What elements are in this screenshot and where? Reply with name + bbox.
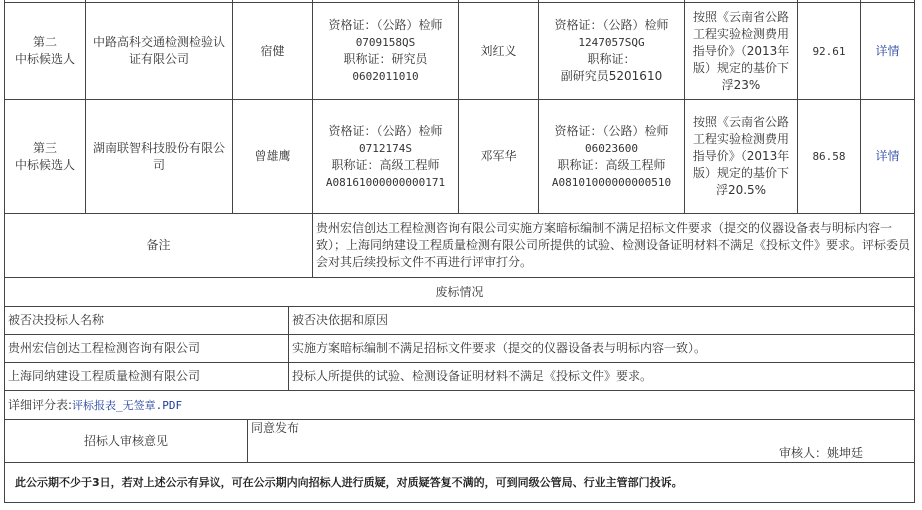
disqualified-table: 被否决投标人名称 被否决依据和原因 贵州宏信创达工程检测咨询有限公司 实施方案暗… — [4, 306, 915, 391]
cert-line: 06023600 — [542, 140, 681, 157]
review-label: 招标人审核意见 — [5, 420, 248, 463]
remarks-label: 备注 — [5, 214, 313, 278]
header-bidder-name: 被否决投标人名称 — [5, 307, 289, 335]
leader-certificates: 资格证：（公路）检师 0709158QS 职称证：研究员 0602011010 — [313, 3, 459, 100]
detail-cell: 详情 — [861, 100, 915, 214]
score-sheet-row: 详细评分表:评标报表_无签章.PDF — [5, 391, 915, 420]
candidate-company: 中路高科交通检测检验认证有限公司 — [86, 3, 233, 100]
tech-leader: 邓军华 — [459, 100, 539, 214]
cert-line: 资格证：（公路）检师 — [316, 123, 455, 140]
rank-line: 第三 — [8, 140, 82, 157]
price-description: 按照《云南省公路工程实验检测费用指导价》（2013年版）规定的基价下浮20.5% — [685, 100, 798, 214]
reason: 投标人所提供的试验、检测设备证明材料不满足《投标文件》要求。 — [289, 363, 915, 391]
rank-line: 中标候选人 — [8, 157, 82, 174]
score-sheet-label: 详细评分表: — [8, 398, 72, 412]
detail-link[interactable]: 详情 — [875, 44, 899, 58]
leader-certificates: 资格证：（公路）检师 0712174S 职称证：高级工程师 A081610000… — [313, 100, 459, 214]
cert-line: 副研究员5201610 — [542, 68, 681, 85]
footer-row: 此公示期不少于3日，若对上述公示有异议，可在公示期内向招标人进行质疑，对质疑答复… — [5, 463, 915, 503]
detail-link[interactable]: 详情 — [875, 149, 899, 163]
score-sheet-cell: 详细评分表:评标报表_无签章.PDF — [5, 391, 915, 420]
cert-line: 职称证： — [542, 51, 681, 68]
bid-result-document: 第二 中标候选人 中路高科交通检测检验认证有限公司 宿健 资格证：（公路）检师 … — [4, 0, 914, 503]
cert-line: 0712174S — [316, 140, 455, 157]
review-opinion: 同意发布 — [251, 420, 911, 437]
project-leader: 曾雄鹰 — [233, 100, 313, 214]
score: 86.58 — [798, 100, 861, 214]
cert-line: 职称证：高级工程师 — [542, 157, 681, 174]
candidate-company: 湖南联智科技股份有限公司 — [86, 100, 233, 214]
score: 92.61 — [798, 3, 861, 100]
cert-line: 0602011010 — [316, 68, 455, 85]
cert-line: 职称证：研究员 — [316, 51, 455, 68]
candidate-row: 第二 中标候选人 中路高科交通检测检验认证有限公司 宿健 资格证：（公路）检师 … — [5, 3, 915, 100]
footer-notice: 此公示期不少于3日，若对上述公示有异议，可在公示期内向招标人进行质疑，对质疑答复… — [5, 463, 915, 503]
cert-line: 资格证：（公路）检师 — [542, 123, 681, 140]
cert-line: A08161000000000171 — [316, 174, 455, 191]
disqualified-row: 贵州宏信创达工程检测咨询有限公司 实施方案暗标编制不满足招标文件要求（提交的仪器… — [5, 335, 915, 363]
bidder-name: 上海同纳建设工程质量检测有限公司 — [5, 363, 289, 391]
bidder-name: 贵州宏信创达工程检测咨询有限公司 — [5, 335, 289, 363]
candidate-rank: 第二 中标候选人 — [5, 3, 86, 100]
header-reason: 被否决依据和原因 — [289, 307, 915, 335]
disqualified-header: 被否决投标人名称 被否决依据和原因 — [5, 307, 915, 335]
cert-line: A08101000000000510 — [542, 174, 681, 191]
remarks-row: 备注 贵州宏信创达工程检测咨询有限公司实施方案暗标编制不满足招标文件要求（提交的… — [5, 214, 915, 278]
cert-line: 0709158QS — [316, 34, 455, 51]
candidates-table: 第二 中标候选人 中路高科交通检测检验认证有限公司 宿健 资格证：（公路）检师 … — [4, 0, 915, 307]
tech-certificates: 资格证：（公路）检师 1247057SQG 职称证： 副研究员5201610 — [539, 3, 685, 100]
disqualified-row: 上海同纳建设工程质量检测有限公司 投标人所提供的试验、检测设备证明材料不满足《投… — [5, 363, 915, 391]
rank-line: 第二 — [8, 34, 82, 51]
cert-line: 职称证：高级工程师 — [316, 157, 455, 174]
tech-leader: 刘红义 — [459, 3, 539, 100]
cert-line: 资格证：（公路）检师 — [542, 17, 681, 34]
score-sheet-file-link[interactable]: 评标报表_无签章.PDF — [72, 399, 182, 412]
candidate-rank: 第三 中标候选人 — [5, 100, 86, 214]
review-content: 同意发布 审核人：姚坤廷 — [248, 420, 915, 463]
reason: 实施方案暗标编制不满足招标文件要求（提交的仪器设备表与明标内容一致）。 — [289, 335, 915, 363]
candidate-row: 第三 中标候选人 湖南联智科技股份有限公司 曾雄鹰 资格证：（公路）检师 071… — [5, 100, 915, 214]
review-row: 招标人审核意见 同意发布 审核人：姚坤廷 — [5, 420, 915, 463]
reviewer: 审核人：姚坤廷 — [251, 445, 911, 462]
cert-line: 资格证：（公路）检师 — [316, 17, 455, 34]
disqualified-title: 废标情况 — [5, 278, 915, 307]
tech-certificates: 资格证：（公路）检师 06023600 职称证：高级工程师 A081010000… — [539, 100, 685, 214]
project-leader: 宿健 — [233, 3, 313, 100]
summary-table: 详细评分表:评标报表_无签章.PDF 招标人审核意见 同意发布 审核人：姚坤廷 … — [4, 390, 915, 503]
rank-line: 中标候选人 — [8, 51, 82, 68]
remarks-text: 贵州宏信创达工程检测咨询有限公司实施方案暗标编制不满足招标文件要求（提交的仪器设… — [313, 214, 915, 278]
disqualified-title-row: 废标情况 — [5, 278, 915, 307]
cert-line: 1247057SQG — [542, 34, 681, 51]
price-description: 按照《云南省公路工程实验检测费用指导价》（2013年版）规定的基价下浮23% — [685, 3, 798, 100]
detail-cell: 详情 — [861, 3, 915, 100]
